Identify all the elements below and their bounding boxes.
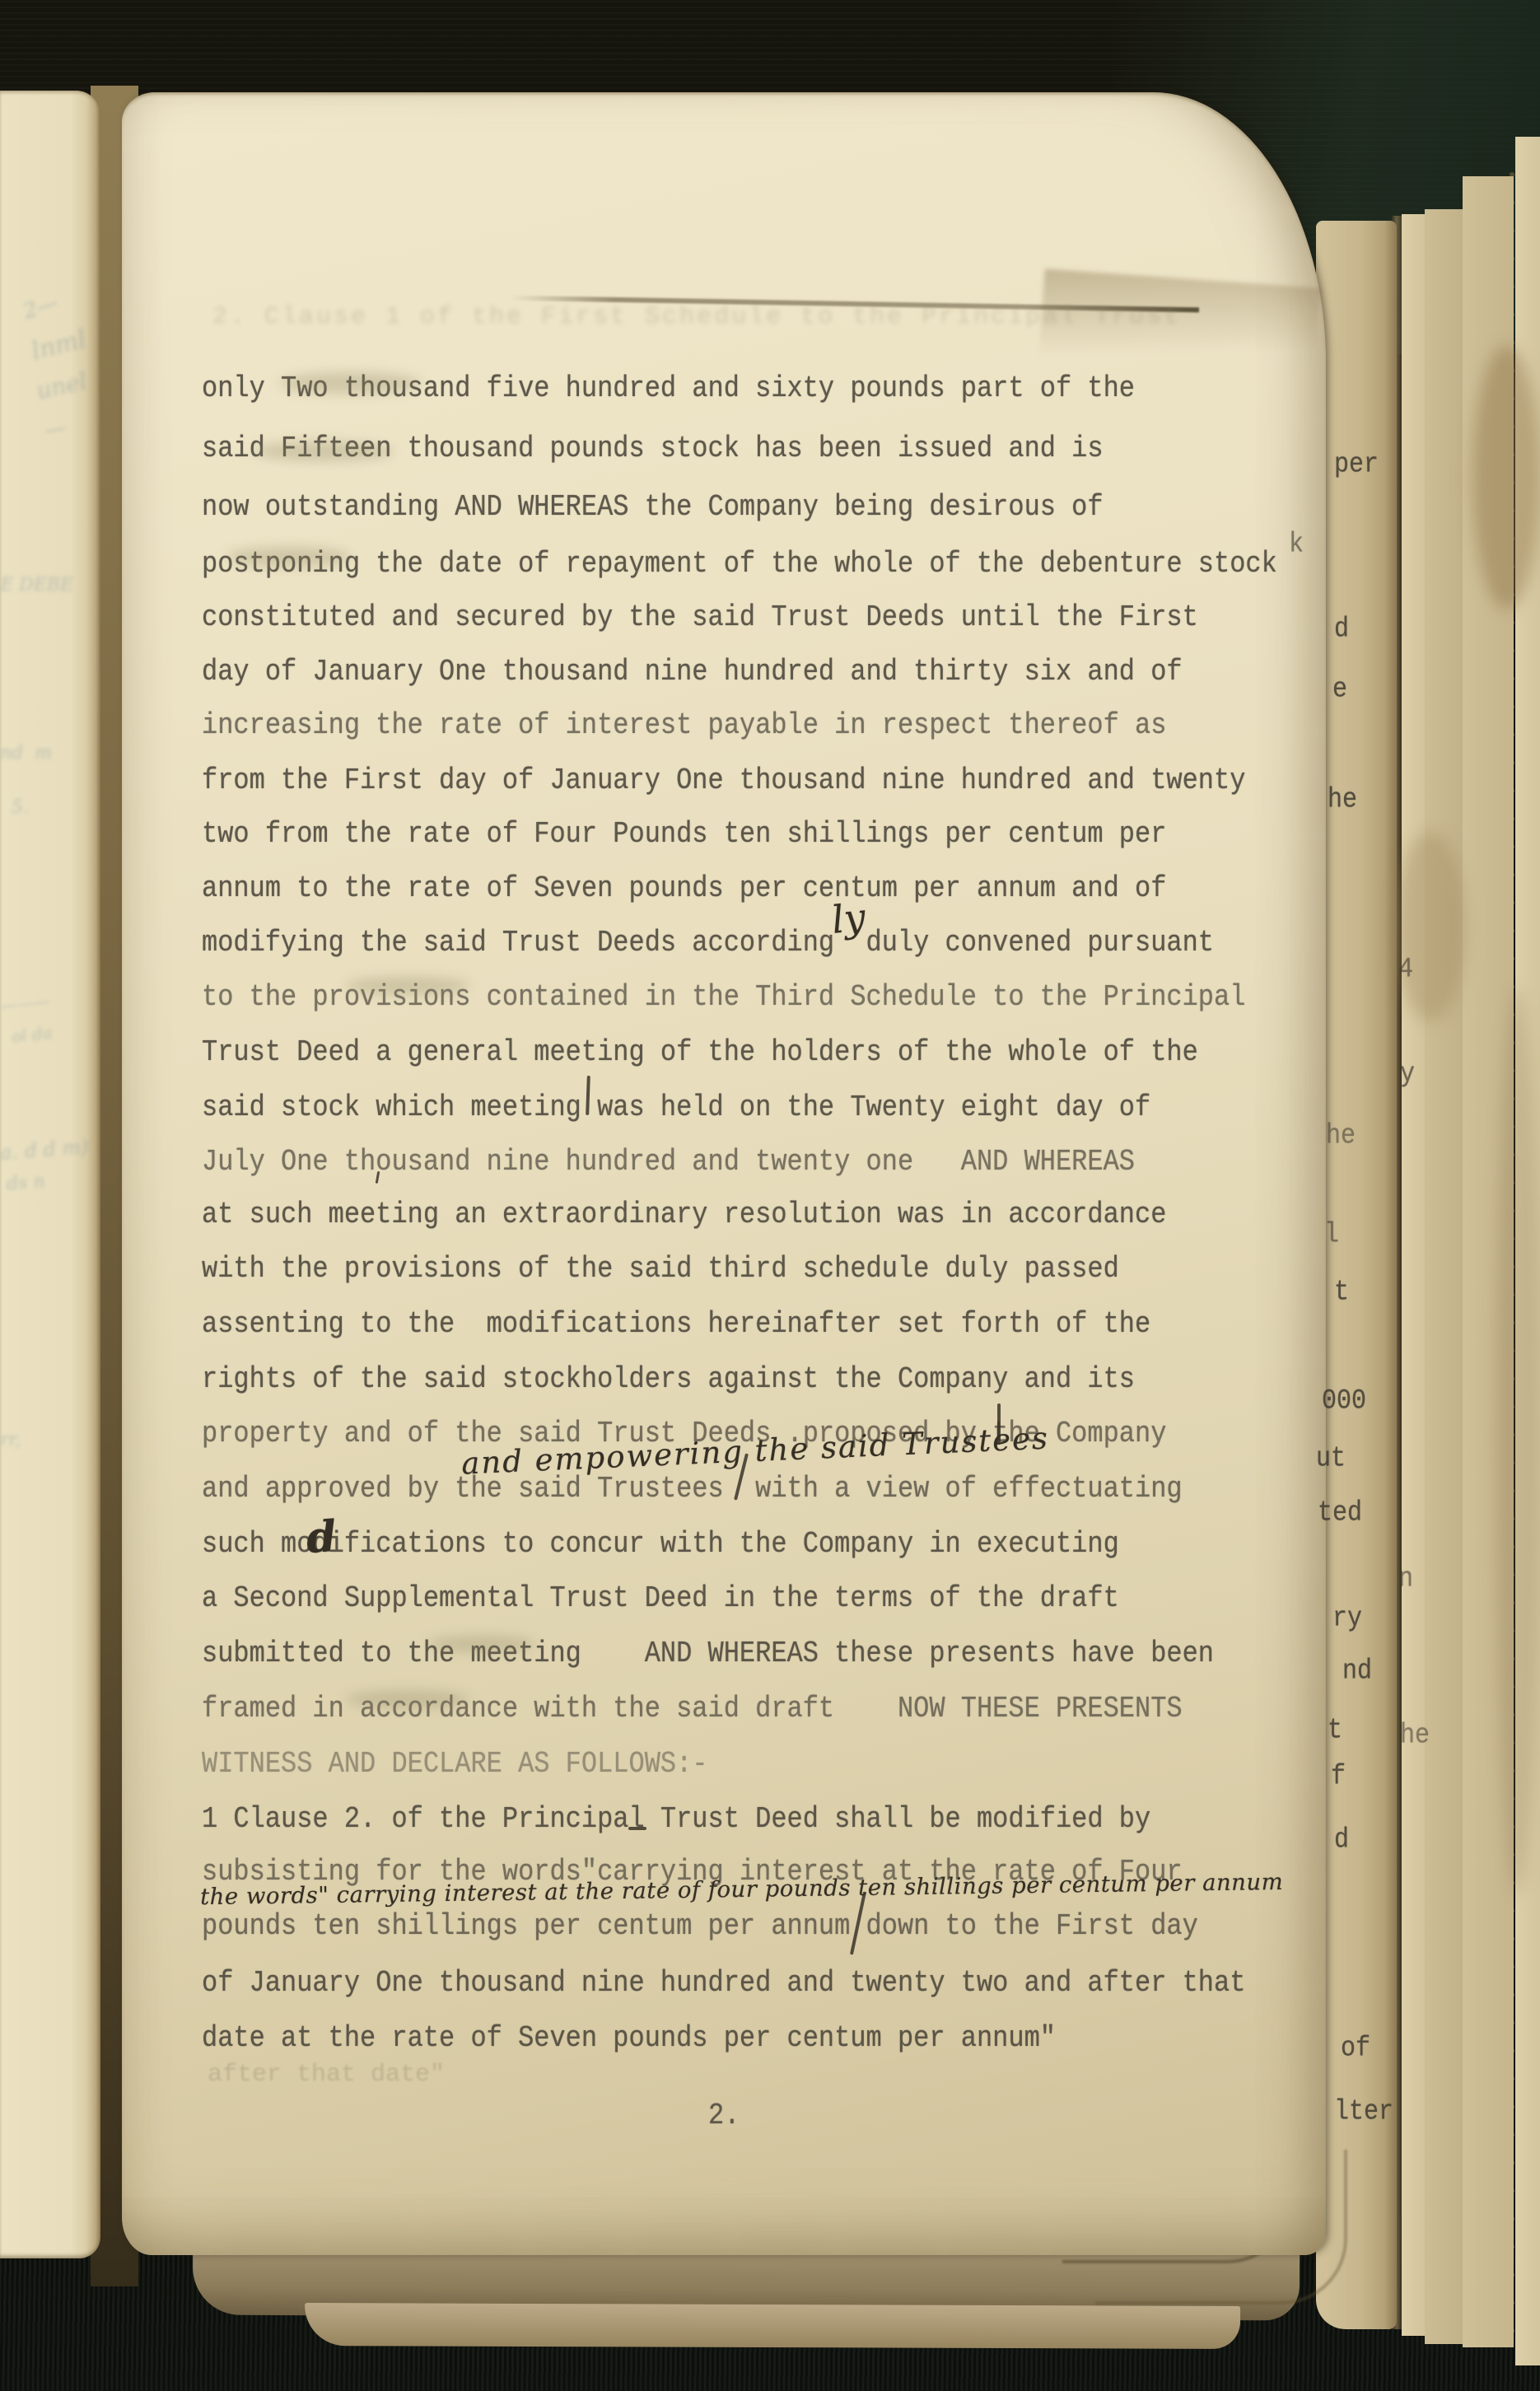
paper-showthrough-smudge (254, 441, 394, 461)
ghost-showthrough-text: after that date" (208, 2061, 445, 2089)
paper-showthrough-smudge (428, 1636, 535, 1652)
page-stack-edge-3 (1425, 209, 1463, 2344)
page-number: 2. (708, 2098, 740, 2132)
typed-line: postponing the date of repayment of the … (202, 545, 1277, 583)
edge-text-fragment: d (1334, 614, 1349, 646)
edge-text-fragment: t (1334, 1277, 1349, 1309)
typed-line: date at the rate of Seven pounds per cen… (202, 2020, 1056, 2057)
ghost-handwriting-mark: ol da (11, 1022, 54, 1046)
typed-line: from the First day of January One thousa… (202, 762, 1245, 800)
typed-line: at such meeting an extraordinary resolut… (202, 1196, 1166, 1234)
edge-text-fragment: d (1334, 1824, 1349, 1856)
page-stack-edge-2 (1402, 214, 1425, 2336)
edge-text-fragment: 000 (1322, 1385, 1366, 1417)
edge-text-fragment: ted (1318, 1497, 1362, 1529)
paper-stain (1472, 346, 1540, 609)
paper-showthrough-smudge (227, 547, 351, 567)
typed-line: July One thousand nine hundred and twent… (202, 1143, 1135, 1181)
ghost-showthrough-text: 2. Clause 1 of the First Schedule to the… (212, 303, 1181, 331)
page-stack-edge-1 (1316, 221, 1397, 2329)
typed-line: Trust Deed a general meeting of the hold… (202, 1034, 1198, 1072)
edge-text-fragment: f (1331, 1761, 1346, 1793)
ghost-handwriting-mark: E DEBE (0, 575, 73, 595)
edge-text-fragment: n (1398, 1563, 1413, 1595)
edge-text-fragment: per (1334, 449, 1379, 481)
typed-line: and approved by the said Trustees with a… (202, 1470, 1183, 1508)
archive-book-photo: 2. only Two thousand five hundred and si… (0, 0, 1540, 2391)
typed-line: such modifications to concur with the Co… (202, 1525, 1119, 1563)
edge-text-fragment: ut (1316, 1443, 1346, 1475)
ink-insertion-mark (628, 1827, 646, 1830)
edge-text-fragment: he (1328, 784, 1357, 816)
typed-line: 1 Clause 2. of the Principal Trust Deed … (202, 1800, 1150, 1838)
ghost-handwriting-mark: — (43, 415, 68, 443)
typed-line: said stock which meeting was held on the… (202, 1089, 1150, 1127)
paper-showthrough-smudge (280, 372, 420, 394)
typed-line: WITNESS AND DECLARE AS FOLLOWS:- (202, 1745, 708, 1783)
edge-text-fragment: t (1328, 1715, 1342, 1747)
typed-line: constituted and secured by the said Trus… (202, 599, 1198, 637)
paper-stain (1496, 988, 1540, 1894)
edge-text-fragment: k (1289, 529, 1304, 561)
edge-text-fragment: y (1400, 1058, 1415, 1090)
paper-showthrough-smudge (346, 1690, 469, 1708)
typed-line: assenting to the modifications hereinaft… (202, 1305, 1150, 1343)
underpage-bottom-edge-2 (305, 2303, 1240, 2349)
ghost-handwriting-mark: 5. (12, 797, 29, 818)
typed-line: rights of the said stockholders against … (202, 1361, 1135, 1399)
ink-insertion-mark (997, 1403, 1001, 1445)
typed-line: of January One thousand nine hundred and… (202, 1964, 1245, 2002)
paper-stain (1395, 832, 1466, 1021)
ghost-handwriting-mark: rr, (0, 1430, 21, 1450)
edge-text-fragment: 4 (1398, 954, 1413, 986)
ghost-handwriting-mark: ds n (6, 1171, 45, 1194)
edge-text-fragment: ry (1332, 1603, 1362, 1635)
edge-text-fragment: he (1326, 1120, 1356, 1152)
typed-line: annum to the rate of Seven pounds per ce… (202, 870, 1166, 908)
edge-text-fragment: l (1324, 1219, 1339, 1251)
paper-showthrough-smudge (346, 977, 469, 995)
edge-text-fragment: of (1341, 2033, 1370, 2065)
typed-line: day of January One thousand nine hundred… (202, 653, 1183, 691)
handwritten-annotation: d (305, 1511, 338, 1563)
typed-line: pounds ten shillings per centum per annu… (202, 1908, 1198, 1945)
typed-line: submitted to the meeting AND WHEREAS the… (202, 1635, 1214, 1673)
edge-text-fragment: he (1400, 1720, 1430, 1752)
edge-text-fragment: nd (1342, 1655, 1372, 1688)
typed-line: increasing the rate of interest payable … (202, 707, 1166, 745)
typed-line: a Second Supplemental Trust Deed in the … (202, 1580, 1119, 1618)
handwritten-annotation: ly (829, 894, 867, 942)
edge-text-fragment: lter (1334, 2096, 1393, 2128)
typed-line: now outstanding AND WHEREAS the Company … (202, 488, 1104, 526)
typed-line: modifying the said Trust Deeds according… (202, 924, 1214, 962)
edge-text-fragment: e (1332, 674, 1347, 706)
typed-line: with the provisions of the said third sc… (202, 1250, 1119, 1288)
ghost-handwriting-mark: nd m (0, 743, 52, 764)
typed-line: two from the rate of Four Pounds ten shi… (202, 815, 1166, 853)
